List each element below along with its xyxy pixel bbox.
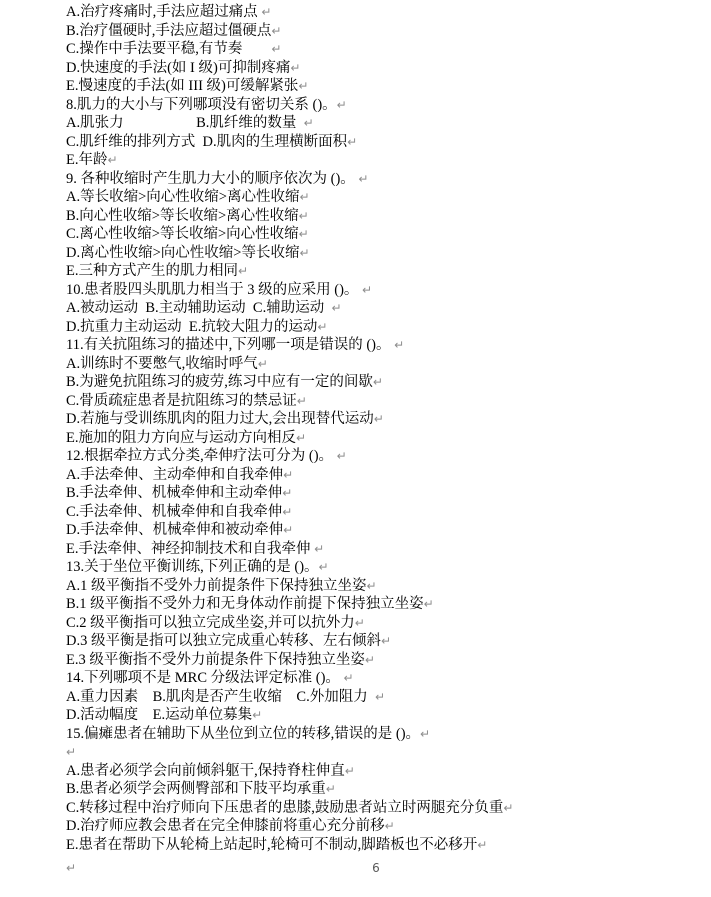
paragraph-mark-icon: ↵: [282, 505, 292, 519]
paragraph-mark-icon: ↵: [344, 671, 354, 685]
paragraph-mark-icon: ↵: [420, 727, 430, 741]
paragraph-mark-icon: ↵: [271, 24, 281, 38]
paragraph-mark-icon: ↵: [258, 357, 268, 371]
text-line: C.2 级平衡指可以独立完成坐姿,并可以抗外力↵: [66, 614, 703, 633]
paragraph-mark-icon: ↵: [290, 61, 300, 75]
paragraph-mark-icon: ↵: [347, 135, 357, 149]
paragraph-mark-icon: ↵: [296, 431, 306, 445]
line-text: D.离心性收缩>向心性收缩>等长收缩: [66, 245, 299, 261]
line-text: C.2 级平衡指可以独立完成坐姿,并可以抗外力: [66, 615, 355, 631]
page-footer: ↵ 6: [66, 859, 686, 877]
line-text: A.被动运动 B.主动辅助运动 C.辅助运动: [66, 300, 331, 316]
text-line: E.慢速度的手法(如 III 级)可缓解紧张↵: [66, 77, 703, 96]
paragraph-mark-icon: ↵: [345, 764, 355, 778]
text-line: E.3 级平衡指不受外力前提条件下保持独立坐姿↵: [66, 651, 703, 670]
line-text: A.治疗疼痛时,手法应超过痛点: [66, 4, 261, 20]
text-line: D.抗重力主动运动 E.抗较大阻力的运动↵: [66, 318, 703, 337]
line-text: A.手法牵伸、主动牵伸和自我牵伸: [66, 467, 283, 483]
paragraph-mark-icon: ↵: [326, 782, 336, 796]
line-text: 14.下列哪项不是 MRC 分级法评定标准 ()。: [66, 670, 344, 686]
text-line: A.手法牵伸、主动牵伸和自我牵伸↵: [66, 466, 703, 485]
paragraph-mark-icon: ↵: [66, 745, 76, 759]
line-text: D.快速度的手法(如 I 级)可抑制疼痛: [66, 60, 290, 76]
line-text: D.活动幅度 E.运动单位募集: [66, 707, 252, 723]
paragraph-mark-icon: ↵: [358, 172, 368, 186]
line-text: D.若施与受训练肌肉的阻力过大,会出现替代运动: [66, 411, 374, 427]
paragraph-mark-icon: ↵: [298, 79, 308, 93]
document-body: A.治疗疼痛时,手法应超过痛点 ↵B.治疗僵硬时,手法应超过僵硬点↵C.操作中手…: [66, 3, 703, 854]
text-line: E.施加的阻力方向应与运动方向相反↵: [66, 429, 703, 448]
line-text: 13.关于坐位平衡训练,下列正确的是 ()。: [66, 559, 319, 575]
line-text: A.肌张力 B.肌纤维的数量: [66, 115, 304, 131]
paragraph-mark-icon: ↵: [299, 209, 309, 223]
line-text: C.肌纤维的排列方式 D.肌肉的生理横断面积: [66, 134, 347, 150]
line-text: C.骨质疏症患者是抗阻练习的禁忌证: [66, 393, 297, 409]
paragraph-mark-icon: ↵: [283, 523, 293, 537]
paragraph-mark-icon: ↵: [365, 653, 375, 667]
line-text: E.年龄: [66, 152, 107, 168]
line-text: B.手法牵伸、机械牵伸和主动牵伸: [66, 485, 282, 501]
paragraph-mark-icon: ↵: [362, 283, 372, 297]
line-text: A.重力因素 B.肌肉是否产生收缩 C.外加阻力: [66, 689, 375, 705]
line-text: B.1 级平衡指不受外力和无身体动作前提下保持独立坐姿: [66, 596, 424, 612]
paragraph-mark-icon: ↵: [337, 98, 347, 112]
paragraph-mark-icon: ↵: [424, 597, 434, 611]
text-line: 13.关于坐位平衡训练,下列正确的是 ()。↵: [66, 558, 703, 577]
paragraph-mark-icon: ↵: [271, 42, 281, 56]
document-page: A.治疗疼痛时,手法应超过痛点 ↵B.治疗僵硬时,手法应超过僵硬点↵C.操作中手…: [0, 0, 711, 897]
line-text: 12.根据牵拉方式分类,牵伸疗法可分为 ()。: [66, 448, 337, 464]
text-line: A.肌张力 B.肌纤维的数量 ↵: [66, 114, 703, 133]
text-line: C.手法牵伸、机械牵伸和自我牵伸↵: [66, 503, 703, 522]
paragraph-mark-icon: ↵: [297, 394, 307, 408]
text-line: B.1 级平衡指不受外力和无身体动作前提下保持独立坐姿↵: [66, 595, 703, 614]
text-line: ↵: [66, 743, 703, 762]
line-text: C.手法牵伸、机械牵伸和自我牵伸: [66, 504, 282, 520]
paragraph-mark-icon: ↵: [283, 468, 293, 482]
line-text: 8.肌力的大小与下列哪项没有密切关系 ()。: [66, 97, 337, 113]
line-text: C.离心性收缩>等长收缩>向心性收缩: [66, 226, 299, 242]
text-line: E.患者在帮助下从轮椅上站起时,轮椅可不制动,脚踏板也不必移开↵: [66, 836, 703, 855]
text-line: C.肌纤维的排列方式 D.肌肉的生理横断面积↵: [66, 133, 703, 152]
line-text: B.患者必须学会两侧臀部和下肢平均承重: [66, 781, 326, 797]
paragraph-mark-icon: ↵: [374, 412, 384, 426]
text-line: 14.下列哪项不是 MRC 分级法评定标准 ()。 ↵: [66, 669, 703, 688]
paragraph-mark-icon: ↵: [317, 320, 327, 334]
line-text: C.转移过程中治疗师向下压患者的患膝,鼓励患者站立时两腿充分负重: [66, 800, 503, 816]
text-line: A.重力因素 B.肌肉是否产生收缩 C.外加阻力 ↵: [66, 688, 703, 707]
line-text: A.等长收缩>向心性收缩>离心性收缩: [66, 189, 299, 205]
text-line: D.若施与受训练肌肉的阻力过大,会出现替代运动↵: [66, 410, 703, 429]
line-text: D.3 级平衡是指可以独立完成重心转移、左右倾斜: [66, 633, 381, 649]
line-text: E.3 级平衡指不受外力前提条件下保持独立坐姿: [66, 652, 365, 668]
line-text: E.手法牵伸、神经抑制技术和自我牵伸: [66, 541, 314, 557]
line-text: D.抗重力主动运动 E.抗较大阻力的运动: [66, 319, 317, 335]
text-line: A.治疗疼痛时,手法应超过痛点 ↵: [66, 3, 703, 22]
line-text: A.患者必须学会向前倾斜躯干,保持脊柱伸直: [66, 763, 345, 779]
line-text: 11.有关抗阻练习的描述中,下列哪一项是错误的 ()。: [66, 337, 394, 353]
paragraph-mark-icon: ↵: [366, 579, 376, 593]
text-line: D.手法牵伸、机械牵伸和被动牵伸↵: [66, 521, 703, 540]
text-line: A.等长收缩>向心性收缩>离心性收缩↵: [66, 188, 703, 207]
line-text: B.向心性收缩>等长收缩>离心性收缩: [66, 208, 299, 224]
line-text: E.患者在帮助下从轮椅上站起时,轮椅可不制动,脚踏板也不必移开: [66, 837, 477, 853]
text-line: A.训练时不要憋气,收缩时呼气↵: [66, 355, 703, 374]
line-text: E.三种方式产生的肌力相同: [66, 263, 238, 279]
text-line: B.手法牵伸、机械牵伸和主动牵伸↵: [66, 484, 703, 503]
paragraph-mark-icon: ↵: [381, 634, 391, 648]
line-text: E.慢速度的手法(如 III 级)可缓解紧张: [66, 78, 298, 94]
line-text: A.训练时不要憋气,收缩时呼气: [66, 356, 258, 372]
text-line: D.治疗师应教会患者在完全伸膝前将重心充分前移↵: [66, 817, 703, 836]
paragraph-mark-icon: ↵: [299, 246, 309, 260]
text-line: B.向心性收缩>等长收缩>离心性收缩↵: [66, 207, 703, 226]
paragraph-mark-icon: ↵: [252, 708, 262, 722]
paragraph-mark-icon: ↵: [394, 338, 404, 352]
paragraph-mark-icon: ↵: [304, 116, 314, 130]
text-line: D.快速度的手法(如 I 级)可抑制疼痛↵: [66, 59, 703, 78]
paragraph-mark-icon: ↵: [261, 5, 271, 19]
text-line: C.转移过程中治疗师向下压患者的患膝,鼓励患者站立时两腿充分负重↵: [66, 799, 703, 818]
text-line: C.操作中手法要平稳,有节奏 ↵: [66, 40, 703, 59]
paragraph-mark-icon: ↵: [503, 801, 513, 815]
page-number: 6: [66, 859, 686, 877]
text-line: D.活动幅度 E.运动单位募集↵: [66, 706, 703, 725]
paragraph-mark-icon: ↵: [299, 227, 309, 241]
text-line: A.1 级平衡指不受外力前提条件下保持独立坐姿↵: [66, 577, 703, 596]
line-text: 9. 各种收缩时产生肌力大小的顺序依次为 ()。: [66, 171, 358, 187]
text-line: D.离心性收缩>向心性收缩>等长收缩↵: [66, 244, 703, 263]
paragraph-mark-icon: ↵: [385, 819, 395, 833]
text-line: A.被动运动 B.主动辅助运动 C.辅助运动 ↵: [66, 299, 703, 318]
paragraph-mark-icon: ↵: [375, 690, 385, 704]
text-line: D.3 级平衡是指可以独立完成重心转移、左右倾斜↵: [66, 632, 703, 651]
text-line: B.为避免抗阻练习的疲劳,练习中应有一定的间歇↵: [66, 373, 703, 392]
text-line: 9. 各种收缩时产生肌力大小的顺序依次为 ()。 ↵: [66, 170, 703, 189]
paragraph-mark-icon: ↵: [282, 486, 292, 500]
text-line: E.手法牵伸、神经抑制技术和自我牵伸 ↵: [66, 540, 703, 559]
line-text: E.施加的阻力方向应与运动方向相反: [66, 430, 296, 446]
paragraph-mark-icon: ↵: [319, 560, 329, 574]
line-text: B.治疗僵硬时,手法应超过僵硬点: [66, 23, 271, 39]
text-line: 8.肌力的大小与下列哪项没有密切关系 ()。↵: [66, 96, 703, 115]
text-line: C.离心性收缩>等长收缩>向心性收缩↵: [66, 225, 703, 244]
text-line: C.骨质疏症患者是抗阻练习的禁忌证↵: [66, 392, 703, 411]
text-line: B.治疗僵硬时,手法应超过僵硬点↵: [66, 22, 703, 41]
text-line: E.年龄↵: [66, 151, 703, 170]
text-line: 11.有关抗阻练习的描述中,下列哪一项是错误的 ()。 ↵: [66, 336, 703, 355]
paragraph-mark-icon: ↵: [299, 190, 309, 204]
paragraph-mark-icon: ↵: [355, 616, 365, 630]
paragraph-mark-icon: ↵: [238, 264, 248, 278]
text-line: A.患者必须学会向前倾斜躯干,保持脊柱伸直↵: [66, 762, 703, 781]
line-text: 15.偏瘫患者在辅助下从坐位到立位的转移,错误的是 ()。: [66, 726, 420, 742]
line-text: C.操作中手法要平稳,有节奏: [66, 41, 271, 57]
line-text: D.手法牵伸、机械牵伸和被动牵伸: [66, 522, 283, 538]
paragraph-mark-icon: ↵: [107, 153, 117, 167]
paragraph-mark-icon: ↵: [477, 838, 487, 852]
line-text: A.1 级平衡指不受外力前提条件下保持独立坐姿: [66, 578, 366, 594]
text-line: 15.偏瘫患者在辅助下从坐位到立位的转移,错误的是 ()。↵: [66, 725, 703, 744]
text-line: 12.根据牵拉方式分类,牵伸疗法可分为 ()。 ↵: [66, 447, 703, 466]
text-line: 10.患者股四头肌肌力相当于 3 级的应采用 ()。 ↵: [66, 281, 703, 300]
line-text: D.治疗师应教会患者在完全伸膝前将重心充分前移: [66, 818, 385, 834]
line-text: B.为避免抗阻练习的疲劳,练习中应有一定的间歇: [66, 374, 373, 390]
paragraph-mark-icon: ↵: [314, 542, 324, 556]
paragraph-mark-icon: ↵: [373, 375, 383, 389]
text-line: E.三种方式产生的肌力相同↵: [66, 262, 703, 281]
paragraph-mark-icon: ↵: [337, 449, 347, 463]
text-line: B.患者必须学会两侧臀部和下肢平均承重↵: [66, 780, 703, 799]
paragraph-mark-icon: ↵: [331, 301, 341, 315]
line-text: 10.患者股四头肌肌力相当于 3 级的应采用 ()。: [66, 282, 362, 298]
